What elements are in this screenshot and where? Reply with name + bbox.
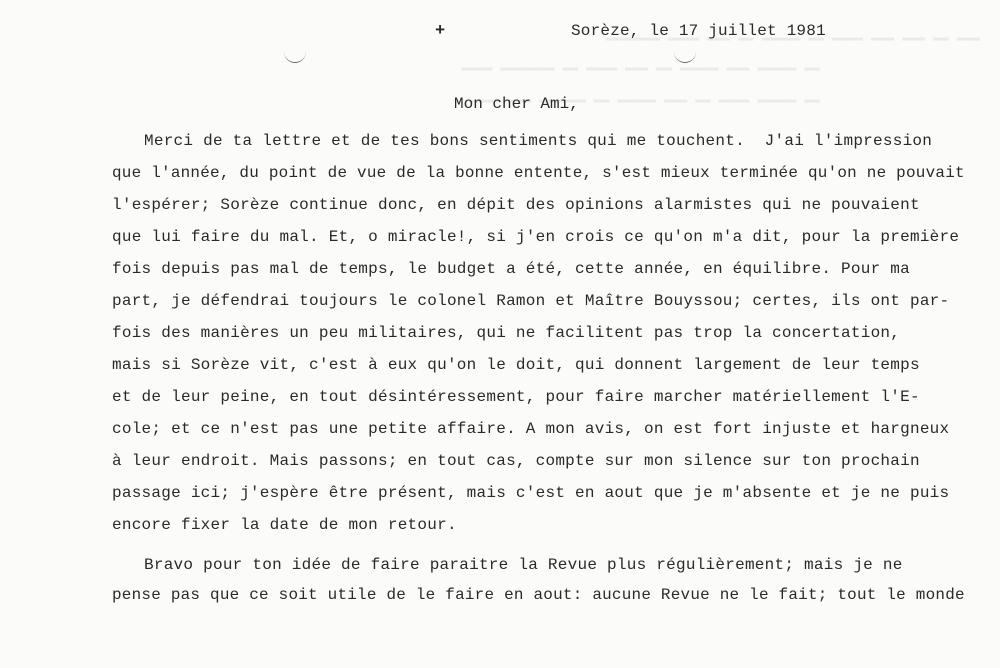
salutation: Mon cher Ami,: [454, 95, 579, 113]
text-line: à leur endroit. Mais passons; en tout ca…: [112, 452, 920, 470]
text-line: part, je défendrai toujours le colonel R…: [112, 292, 949, 310]
text-line: que lui faire du mal. Et, o miracle!, si…: [112, 228, 959, 246]
text-line: encore fixer la date de mon retour.: [112, 516, 457, 534]
text-line: cole; et ce n'est pas une petite affaire…: [112, 420, 949, 438]
text-line: Merci de ta lettre et de tes bons sentim…: [144, 132, 932, 150]
text-line: fois depuis pas mal de temps, le budget …: [112, 260, 910, 278]
text-line: l'espérer; Sorèze continue donc, en dépi…: [112, 196, 920, 214]
header-mark: +: [435, 22, 445, 41]
text-line: fois des manières un peu militaires, qui…: [112, 324, 900, 342]
show-through-text: ▬▬ ▬▬▬▬▬ ▬▬▬ ▬▬▬▬▬ ▬▬ ▬▬▬ ▬▬▬▬ ▬▬ ▬▬▬▬▬▬…: [20, 60, 820, 75]
show-through-text: ▬▬ ▬▬▬▬▬ ▬▬▬▬ ▬▬ ▬▬▬ ▬▬▬▬▬ ▬▬ ▬▬▬▬▬▬ ▬▬▬…: [20, 92, 820, 107]
text-line: Bravo pour ton idée de faire paraitre la…: [144, 556, 903, 574]
text-line: passage ici; j'espère être présent, mais…: [112, 484, 949, 502]
text-line: pense pas que ce soit utile de le faire …: [112, 586, 965, 604]
text-line: que l'année, du point de vue de la bonne…: [112, 164, 965, 182]
text-line: et de leur peine, en tout désintéresseme…: [112, 388, 920, 406]
show-through-text: ▬▬▬ ▬▬ ▬▬▬ ▬▬▬ ▬▬▬▬ ▬▬ ▬▬▬▬▬ ▬▬ ▬▬▬ ▬▬▬▬…: [20, 30, 980, 45]
dateline: Sorèze, le 17 juillet 1981: [571, 22, 826, 40]
text-line: mais si Sorèze vit, c'est à eux qu'on le…: [112, 356, 920, 374]
typewritten-letter-page: ▬▬▬ ▬▬ ▬▬▬ ▬▬▬ ▬▬▬▬ ▬▬ ▬▬▬▬▬ ▬▬ ▬▬▬ ▬▬▬▬…: [0, 0, 1000, 668]
